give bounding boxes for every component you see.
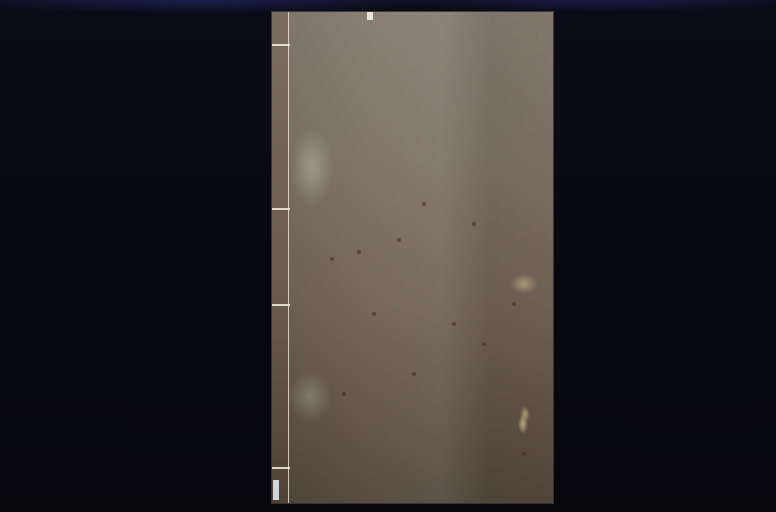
foxing-spots [272,12,553,503]
book-cover [272,12,553,503]
